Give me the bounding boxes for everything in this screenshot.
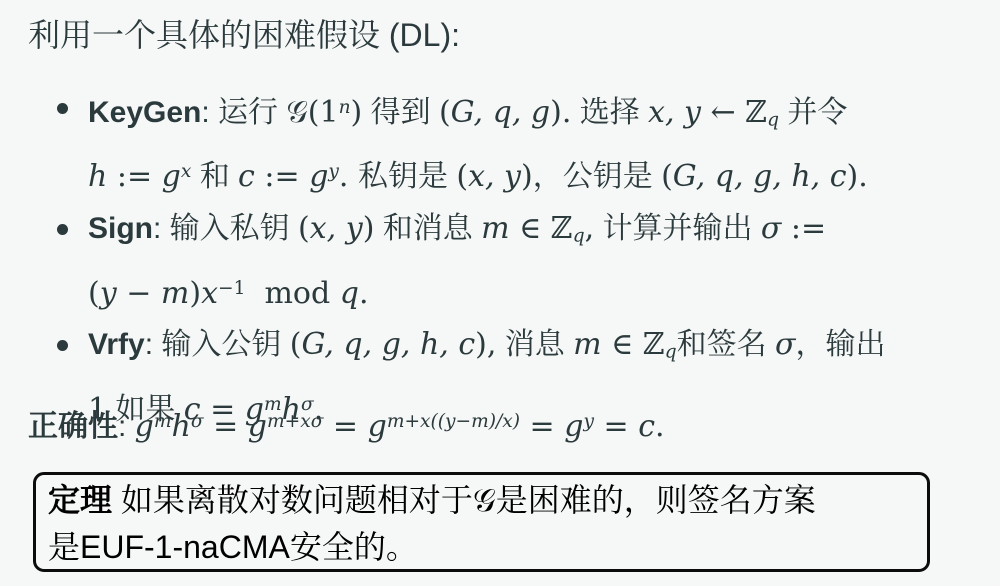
- bullet-line: KeyGen: 运行 𝒢(1n) 得到 (G, q, g). 选择 x, y ←…: [88, 82, 868, 146]
- bullet-content: Sign: 输入私钥 (x, y) 和消息 m ∈ ℤq, 计算并输出 σ :=…: [88, 203, 826, 319]
- text-run: 𝒢: [473, 481, 496, 519]
- bullet-item-sign: Sign: 输入私钥 (x, y) 和消息 m ∈ ℤq, 计算并输出 σ :=…: [57, 203, 885, 319]
- theorem-line: 定理 如果离散对数问题相对于𝒢是困难的，则签名方案: [48, 477, 915, 524]
- theorem-box: 定理 如果离散对数问题相对于𝒢是困难的，则签名方案 是EUF-1-naCMA安全…: [33, 472, 930, 572]
- text-run: ← ℤ: [701, 95, 767, 130]
- bullet-item-keygen: KeyGen: 运行 𝒢(1n) 得到 (G, q, g). 选择 x, y ←…: [57, 82, 885, 203]
- text-run: 并令: [779, 96, 847, 129]
- text-run: g: [162, 159, 181, 194]
- text-run: g: [309, 159, 328, 194]
- bullet-list: KeyGen: 运行 𝒢(1n) 得到 (G, q, g). 选择 x, y ←…: [57, 82, 885, 436]
- text-run: c: [238, 159, 255, 194]
- text-run: x: [201, 275, 218, 310]
- text-run: (: [456, 159, 468, 194]
- text-run: m: [481, 211, 509, 246]
- text-run: g: [248, 409, 267, 444]
- bullet-icon: [57, 103, 68, 114]
- text-run: σ: [191, 411, 204, 432]
- text-run: .: [339, 159, 358, 194]
- text-run: :=: [781, 211, 826, 246]
- text-run: : 输入公钥: [145, 328, 290, 361]
- text-run: g: [564, 409, 583, 444]
- text-run: 选择: [571, 96, 648, 129]
- text-run: 私钥是: [358, 160, 456, 193]
- text-run: ,: [585, 211, 595, 246]
- text-run: σ: [775, 327, 795, 362]
- text-run: x, y: [310, 211, 363, 246]
- bullet-line: h := gx 和 c := gy. 私钥是 (x, y)，公钥是 (G, q,…: [88, 146, 868, 203]
- text-run: x, y: [648, 95, 701, 130]
- bullet-icon: [57, 340, 68, 351]
- text-run: (: [298, 211, 310, 246]
- text-run: −1: [218, 278, 245, 299]
- text-run: 是EUF-1-naCMA安全的。: [48, 529, 418, 565]
- text-run: mod: [245, 275, 339, 310]
- text-run: ，公钥是: [533, 160, 661, 193]
- text-run: q: [767, 109, 779, 130]
- text-run: m: [573, 327, 601, 362]
- text-run: x, y: [468, 159, 521, 194]
- text-run: : 运行: [201, 96, 286, 129]
- text-run: σ: [761, 211, 781, 246]
- text-run: =: [594, 409, 638, 444]
- text-run: (: [88, 275, 100, 310]
- bullet-line: Vrfy: 输入公钥 (G, q, g, h, c), 消息 m ∈ ℤq和签名…: [88, 319, 885, 378]
- theorem-line: 是EUF-1-naCMA安全的。: [48, 524, 915, 571]
- bullet-content: KeyGen: 运行 𝒢(1n) 得到 (G, q, g). 选择 x, y ←…: [88, 82, 868, 203]
- text-run: (: [439, 95, 451, 130]
- text-run: m: [161, 275, 189, 310]
- text-run: ).: [847, 159, 868, 194]
- text-run: ).: [550, 95, 571, 130]
- text-run: q: [573, 226, 585, 247]
- text-run: h: [172, 409, 191, 444]
- slide-title: 利用一个具体的困难假设 (DL):: [28, 12, 460, 58]
- text-run: 是困难的，则签名方案: [496, 482, 816, 518]
- text-run: n: [339, 97, 351, 118]
- text-run: Sign: [88, 212, 153, 245]
- text-run: ∈ ℤ: [602, 327, 665, 362]
- text-run: x: [181, 161, 192, 182]
- text-run: 得到: [362, 96, 439, 129]
- text-run: ): [189, 275, 201, 310]
- text-run: 定理: [48, 482, 112, 518]
- text-run: :: [118, 410, 135, 443]
- text-run: G, q, g: [451, 95, 550, 130]
- text-run: y: [583, 411, 594, 432]
- text-run: g: [368, 409, 387, 444]
- text-run: y: [100, 275, 117, 310]
- text-run: =: [323, 409, 367, 444]
- text-run: ): [363, 211, 375, 246]
- text-run: m+x((y−m)/x): [387, 411, 520, 432]
- text-run: −: [117, 275, 161, 310]
- text-run: .: [359, 275, 369, 310]
- text-run: (: [661, 159, 673, 194]
- text-run: G, q, g, h, c: [301, 327, 475, 362]
- text-run: 计算并输出: [594, 212, 761, 245]
- text-run: y: [328, 161, 339, 182]
- text-run: 正确性: [28, 410, 118, 443]
- text-run: =: [204, 409, 248, 444]
- text-run: 利用一个具体的困难假设 (DL):: [28, 17, 460, 53]
- bullet-line: Sign: 输入私钥 (x, y) 和消息 m ∈ ℤq, 计算并输出 σ :=: [88, 203, 826, 262]
- bullet-line: (y − m)x−1 mod q.: [88, 263, 826, 320]
- text-run: :=: [255, 159, 309, 194]
- text-run: =: [520, 409, 564, 444]
- text-run: q: [665, 342, 677, 363]
- text-run: c: [638, 409, 655, 444]
- text-run: 如果离散对数问题相对于: [112, 482, 473, 518]
- bullet-icon: [57, 224, 68, 235]
- text-run: 和: [191, 160, 238, 193]
- text-run: G, q, g, h, c: [673, 159, 847, 194]
- text-run: q: [340, 275, 359, 310]
- text-run: :=: [107, 159, 161, 194]
- text-run: 消息: [496, 328, 573, 361]
- text-run: ): [521, 159, 533, 194]
- text-run: m+xσ: [267, 411, 323, 432]
- text-run: (: [290, 327, 302, 362]
- text-run: 𝒢(1: [286, 95, 338, 130]
- text-run: 和签名: [677, 328, 775, 361]
- correctness-line: 正确性: gmhσ = gm+xσ = gm+x((y−m)/x) = gy =…: [28, 396, 665, 453]
- text-run: KeyGen: [88, 96, 201, 129]
- text-run: g: [135, 409, 154, 444]
- text-run: m: [154, 411, 172, 432]
- text-run: Vrfy: [88, 328, 145, 361]
- text-run: ，输出: [795, 328, 885, 361]
- slide: 利用一个具体的困难假设 (DL): KeyGen: 运行 𝒢(1n) 得到 (G…: [0, 0, 1000, 586]
- text-run: ∈ ℤ: [510, 211, 573, 246]
- text-run: ),: [475, 327, 496, 362]
- text-run: .: [655, 409, 665, 444]
- text-run: 和消息: [374, 212, 481, 245]
- text-run: ): [351, 95, 363, 130]
- text-run: h: [88, 159, 107, 194]
- text-run: : 输入私钥: [153, 212, 298, 245]
